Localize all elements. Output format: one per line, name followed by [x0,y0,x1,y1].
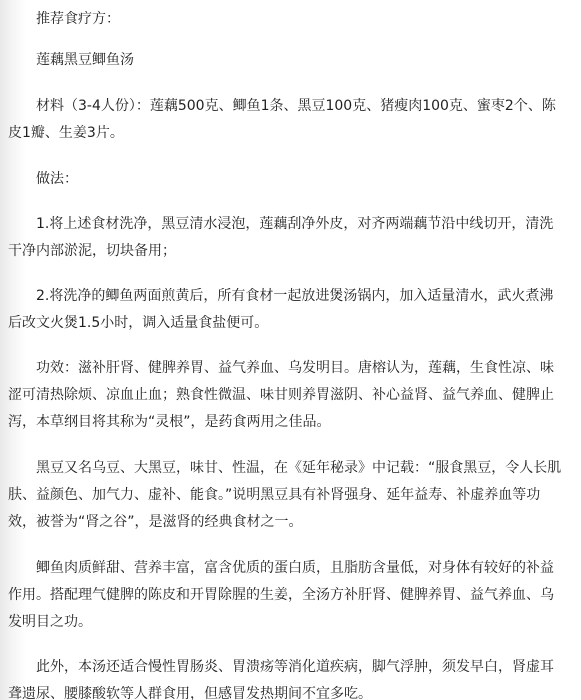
ingredients-paragraph: 材料（3-4人份）：莲藕500克、鲫鱼1条、黑豆100克、猪瘦肉100克、蜜枣2… [8,93,566,147]
suitability-paragraph: 此外，本汤还适合慢性胃肠炎、胃溃疡等消化道疾病，脚气浮肿，须发早白，肾虚耳聋遗尿… [8,654,566,700]
efficacy-paragraph: 功效：滋补肝肾、健脾养胃、益气养血、乌发明目。唐榕认为，莲藕，生食性凉、味涩可清… [8,355,566,436]
section-heading: 推荐食疗方： [8,6,566,33]
crucian-carp-paragraph: 鲫鱼肉质鲜甜、营养丰富，富含优质的蛋白质，且脂肪含量低，对身体有较好的补益作用。… [8,555,566,636]
recipe-title: 莲藕黑豆鲫鱼汤 [8,47,566,74]
black-bean-paragraph: 黑豆又名乌豆、大黑豆，味甘、性温，在《延年秘录》中记载：“服食黑豆，令人长肌肤、… [8,455,566,536]
step-1-paragraph: 1.将上述食材洗净，黑豆清水浸泡，莲藕刮净外皮，对齐两端藕节沿中线切开，清洗干净… [8,211,566,265]
article-body: 推荐食疗方： 莲藕黑豆鲫鱼汤 材料（3-4人份）：莲藕500克、鲫鱼1条、黑豆1… [0,0,581,700]
step-2-paragraph: 2.将洗净的鲫鱼两面煎黄后，所有食材一起放进煲汤锅内，加入适量清水，武火煮沸后改… [8,283,566,337]
method-label: 做法： [8,166,566,193]
